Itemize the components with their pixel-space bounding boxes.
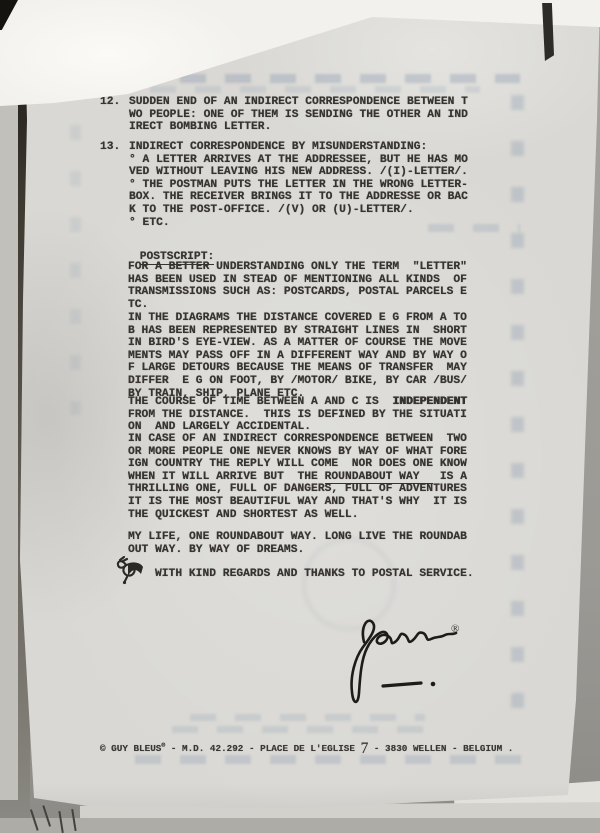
text-line: K TO THE POST-OFFICE. /(V) OR (U)-LETTER… — [129, 204, 468, 217]
text-line: ° ETC. — [129, 217, 468, 230]
text-line: TC. — [128, 299, 467, 312]
text-line: BOX. THE RECEIVER BRINGS IT TO THE ADDRE… — [129, 191, 468, 204]
photo-of-document: 12. SUDDEN END OF AN INDIRECT CORRESPOND… — [0, 0, 600, 833]
text-line: DIFFER E G ON FOOT, BY /MOTOR/ BIKE, BY … — [128, 375, 467, 388]
list-item-13: 13. INDIRECT CORRESPONDENCE BY MISUNDERS… — [100, 141, 468, 229]
text-line: ON AND LARGELY ACCIDENTAL. — [128, 421, 467, 434]
text-line: TRANSMISSIONS SUCH AS: POSTCARDS, POSTAL… — [128, 286, 467, 299]
text-line: B HAS BEEN REPRESENTED BY STRAIGHT LINES… — [128, 325, 467, 338]
footer-address-line: © GUY BLEUS® - M.D. 42.292 - PLACE DE L'… — [100, 742, 513, 754]
text-line: THE QUICKEST AND SHORTEST AS WELL. — [128, 509, 467, 522]
post-horn-icon — [114, 553, 148, 590]
text-line: SUDDEN END OF AN INDIRECT CORRESPONDENCE… — [129, 96, 468, 109]
emphasized-word: INDEPENDENT — [392, 396, 467, 408]
item-number: 13. — [100, 141, 129, 229]
text-line: F LARGE DETOURS BECAUSE THE MEANS OF TRA… — [128, 362, 467, 375]
closing-text: WITH KIND REGARDS AND THANKS TO POSTAL S… — [155, 568, 474, 581]
text-line: FROM THE DISTANCE. THIS IS DEFINED BY TH… — [128, 409, 467, 422]
text-line: IT IS THE MOST BEAUTIFUL WAY AND THAT'S … — [128, 496, 467, 509]
text-line: ° THE POSTMAN PUTS THE LETTER IN THE WRO… — [129, 179, 468, 192]
text-line: VED WITHOUT LEAVING HIS NEW ADDRESS. /(I… — [129, 166, 468, 179]
underlined-phrase: ROUNDABOUT WAY — [325, 471, 433, 484]
text-line: WHEN IT WILL ARRIVE BUT THE ROUNDABOUT W… — [128, 471, 467, 484]
paragraph-2: IN THE DIAGRAMS THE DISTANCE COVERED E G… — [128, 312, 467, 400]
text-line: MENTS MAY PASS OFF IN A DIFFERENT WAY AN… — [128, 350, 467, 363]
paragraph-3: THE COURSE OF TIME BETWEEN A AND C IS IN… — [128, 396, 467, 434]
staple-icon — [58, 809, 76, 833]
text-line: HAS BEEN USED IN STEAD OF MENTIONING ALL… — [128, 274, 467, 287]
item-number: 12. — [100, 96, 129, 134]
text-line: IGN COUNTRY THE REPLY WILL COME NOR DOES… — [128, 458, 467, 471]
text-line: IN THE DIAGRAMS THE DISTANCE COVERED E G… — [128, 312, 467, 325]
text-line: OR MORE PEOPLE ONE NEVER KNOWS BY WAY OF… — [128, 446, 467, 459]
paragraph-1: FOR A BETTER UNDERSTANDING ONLY THE TERM… — [128, 261, 467, 311]
text-line: IN BIRD'S EYE-VIEW. AS A MATTER OF COURS… — [128, 337, 467, 350]
text-line: FOR A BETTER UNDERSTANDING ONLY THE TERM… — [128, 261, 467, 274]
text-line: ° A LETTER ARRIVES AT THE ADDRESSEE, BUT… — [129, 154, 468, 167]
text-line: MY LIFE, ONE ROUNDABOUT WAY. LONG LIVE T… — [128, 531, 467, 544]
postscript-heading: POSTSCRIPT: — [99, 238, 214, 251]
closing-line: WITH KIND REGARDS AND THANKS TO POSTAL S… — [114, 553, 474, 590]
text-line: INDIRECT CORRESPONDENCE BY MISUNDERSTAND… — [129, 141, 468, 154]
typewritten-text-layer: 12. SUDDEN END OF AN INDIRECT CORRESPOND… — [0, 0, 600, 833]
text-line: IRECT BOMBING LETTER. — [129, 121, 468, 134]
paragraph-4: IN CASE OF AN INDIRECT CORRESPONDENCE BE… — [128, 433, 467, 521]
text-line: THE COURSE OF TIME BETWEEN A AND C IS IN… — [128, 396, 467, 409]
text-line: THRILLING ONE, FULL OF DANGERS, FULL OF … — [128, 483, 467, 496]
list-item-12: 12. SUDDEN END OF AN INDIRECT CORRESPOND… — [100, 96, 468, 134]
registered-trademark-icon: ® — [451, 623, 459, 635]
text-line: IN CASE OF AN INDIRECT CORRESPONDENCE BE… — [128, 433, 467, 446]
text-line: WO PEOPLE: ONE OF THEM IS SENDING THE OT… — [129, 109, 468, 122]
handwritten-signature — [330, 598, 480, 721]
